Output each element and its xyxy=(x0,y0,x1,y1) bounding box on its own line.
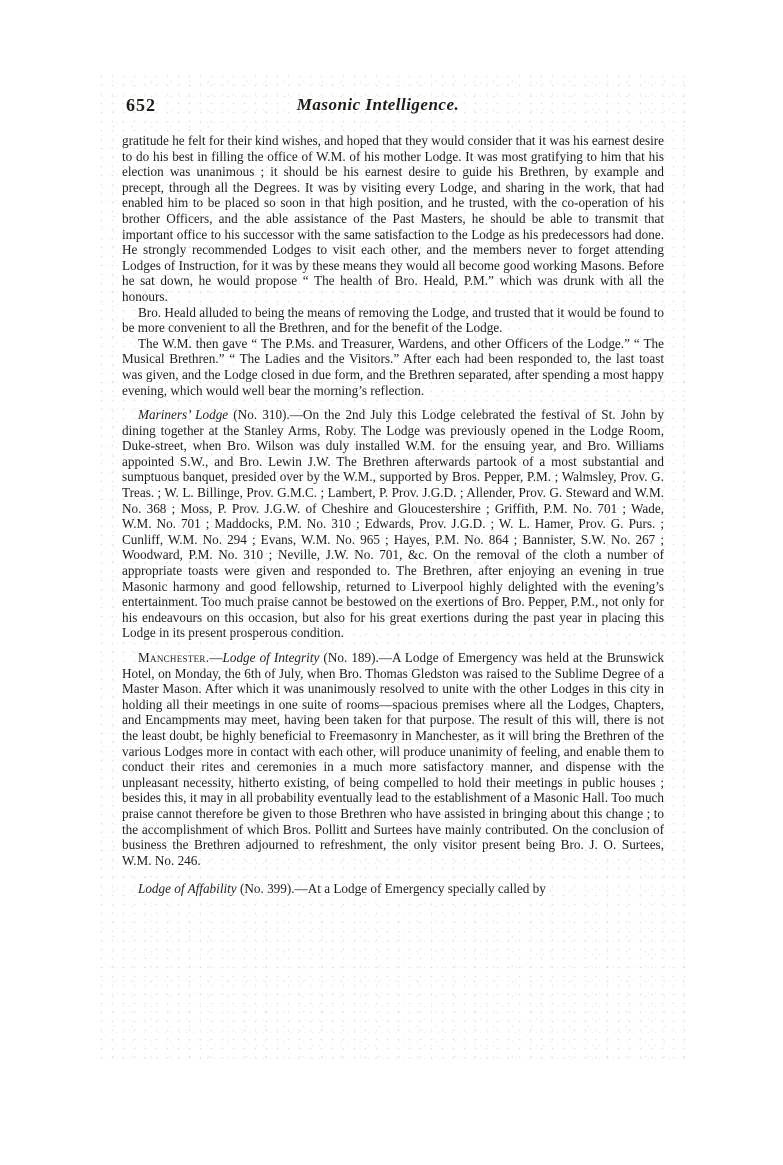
paragraph: Lodge of Affability (No. 399).—At a Lodg… xyxy=(122,881,664,897)
paragraph: gratitude he felt for their kind wishes,… xyxy=(122,133,664,305)
text-segment-italic: Mariners’ Lodge xyxy=(138,407,228,422)
text-column: gratitude he felt for their kind wishes,… xyxy=(122,133,664,897)
paragraph: The W.M. then gave “ The P.Ms. and Treas… xyxy=(122,336,664,398)
text-segment-normal: (No. 310).—On the 2nd July this Lodge ce… xyxy=(122,407,664,640)
text-segment-normal: gratitude he felt for their kind wishes,… xyxy=(122,133,664,304)
text-segment-normal: (No. 189).—A Lodge of Emergency was held… xyxy=(122,650,664,868)
scanned-page: 652 Masonic Intelligence. gratitude he f… xyxy=(0,0,783,1165)
page-content: 652 Masonic Intelligence. gratitude he f… xyxy=(122,95,664,897)
paragraph: Manchester.—Lodge of Integrity (No. 189)… xyxy=(122,650,664,868)
text-segment-normal: The W.M. then gave “ The P.Ms. and Treas… xyxy=(122,336,664,398)
text-segment-smallcaps: Manchester. xyxy=(138,650,209,665)
journal-title: Masonic Intelligence. xyxy=(122,95,634,115)
text-segment-normal: (No. 399).—At a Lodge of Emergency speci… xyxy=(237,881,546,896)
paragraph: Mariners’ Lodge (No. 310).—On the 2nd Ju… xyxy=(122,407,664,641)
page-header: 652 Masonic Intelligence. xyxy=(122,95,664,119)
text-segment-italic: Lodge of Affability xyxy=(138,881,237,896)
text-segment-normal: — xyxy=(209,650,222,665)
paragraph: Bro. Heald alluded to being the means of… xyxy=(122,305,664,336)
text-segment-normal: Bro. Heald alluded to being the means of… xyxy=(122,305,664,336)
text-segment-italic: Lodge of Integrity xyxy=(223,650,320,665)
